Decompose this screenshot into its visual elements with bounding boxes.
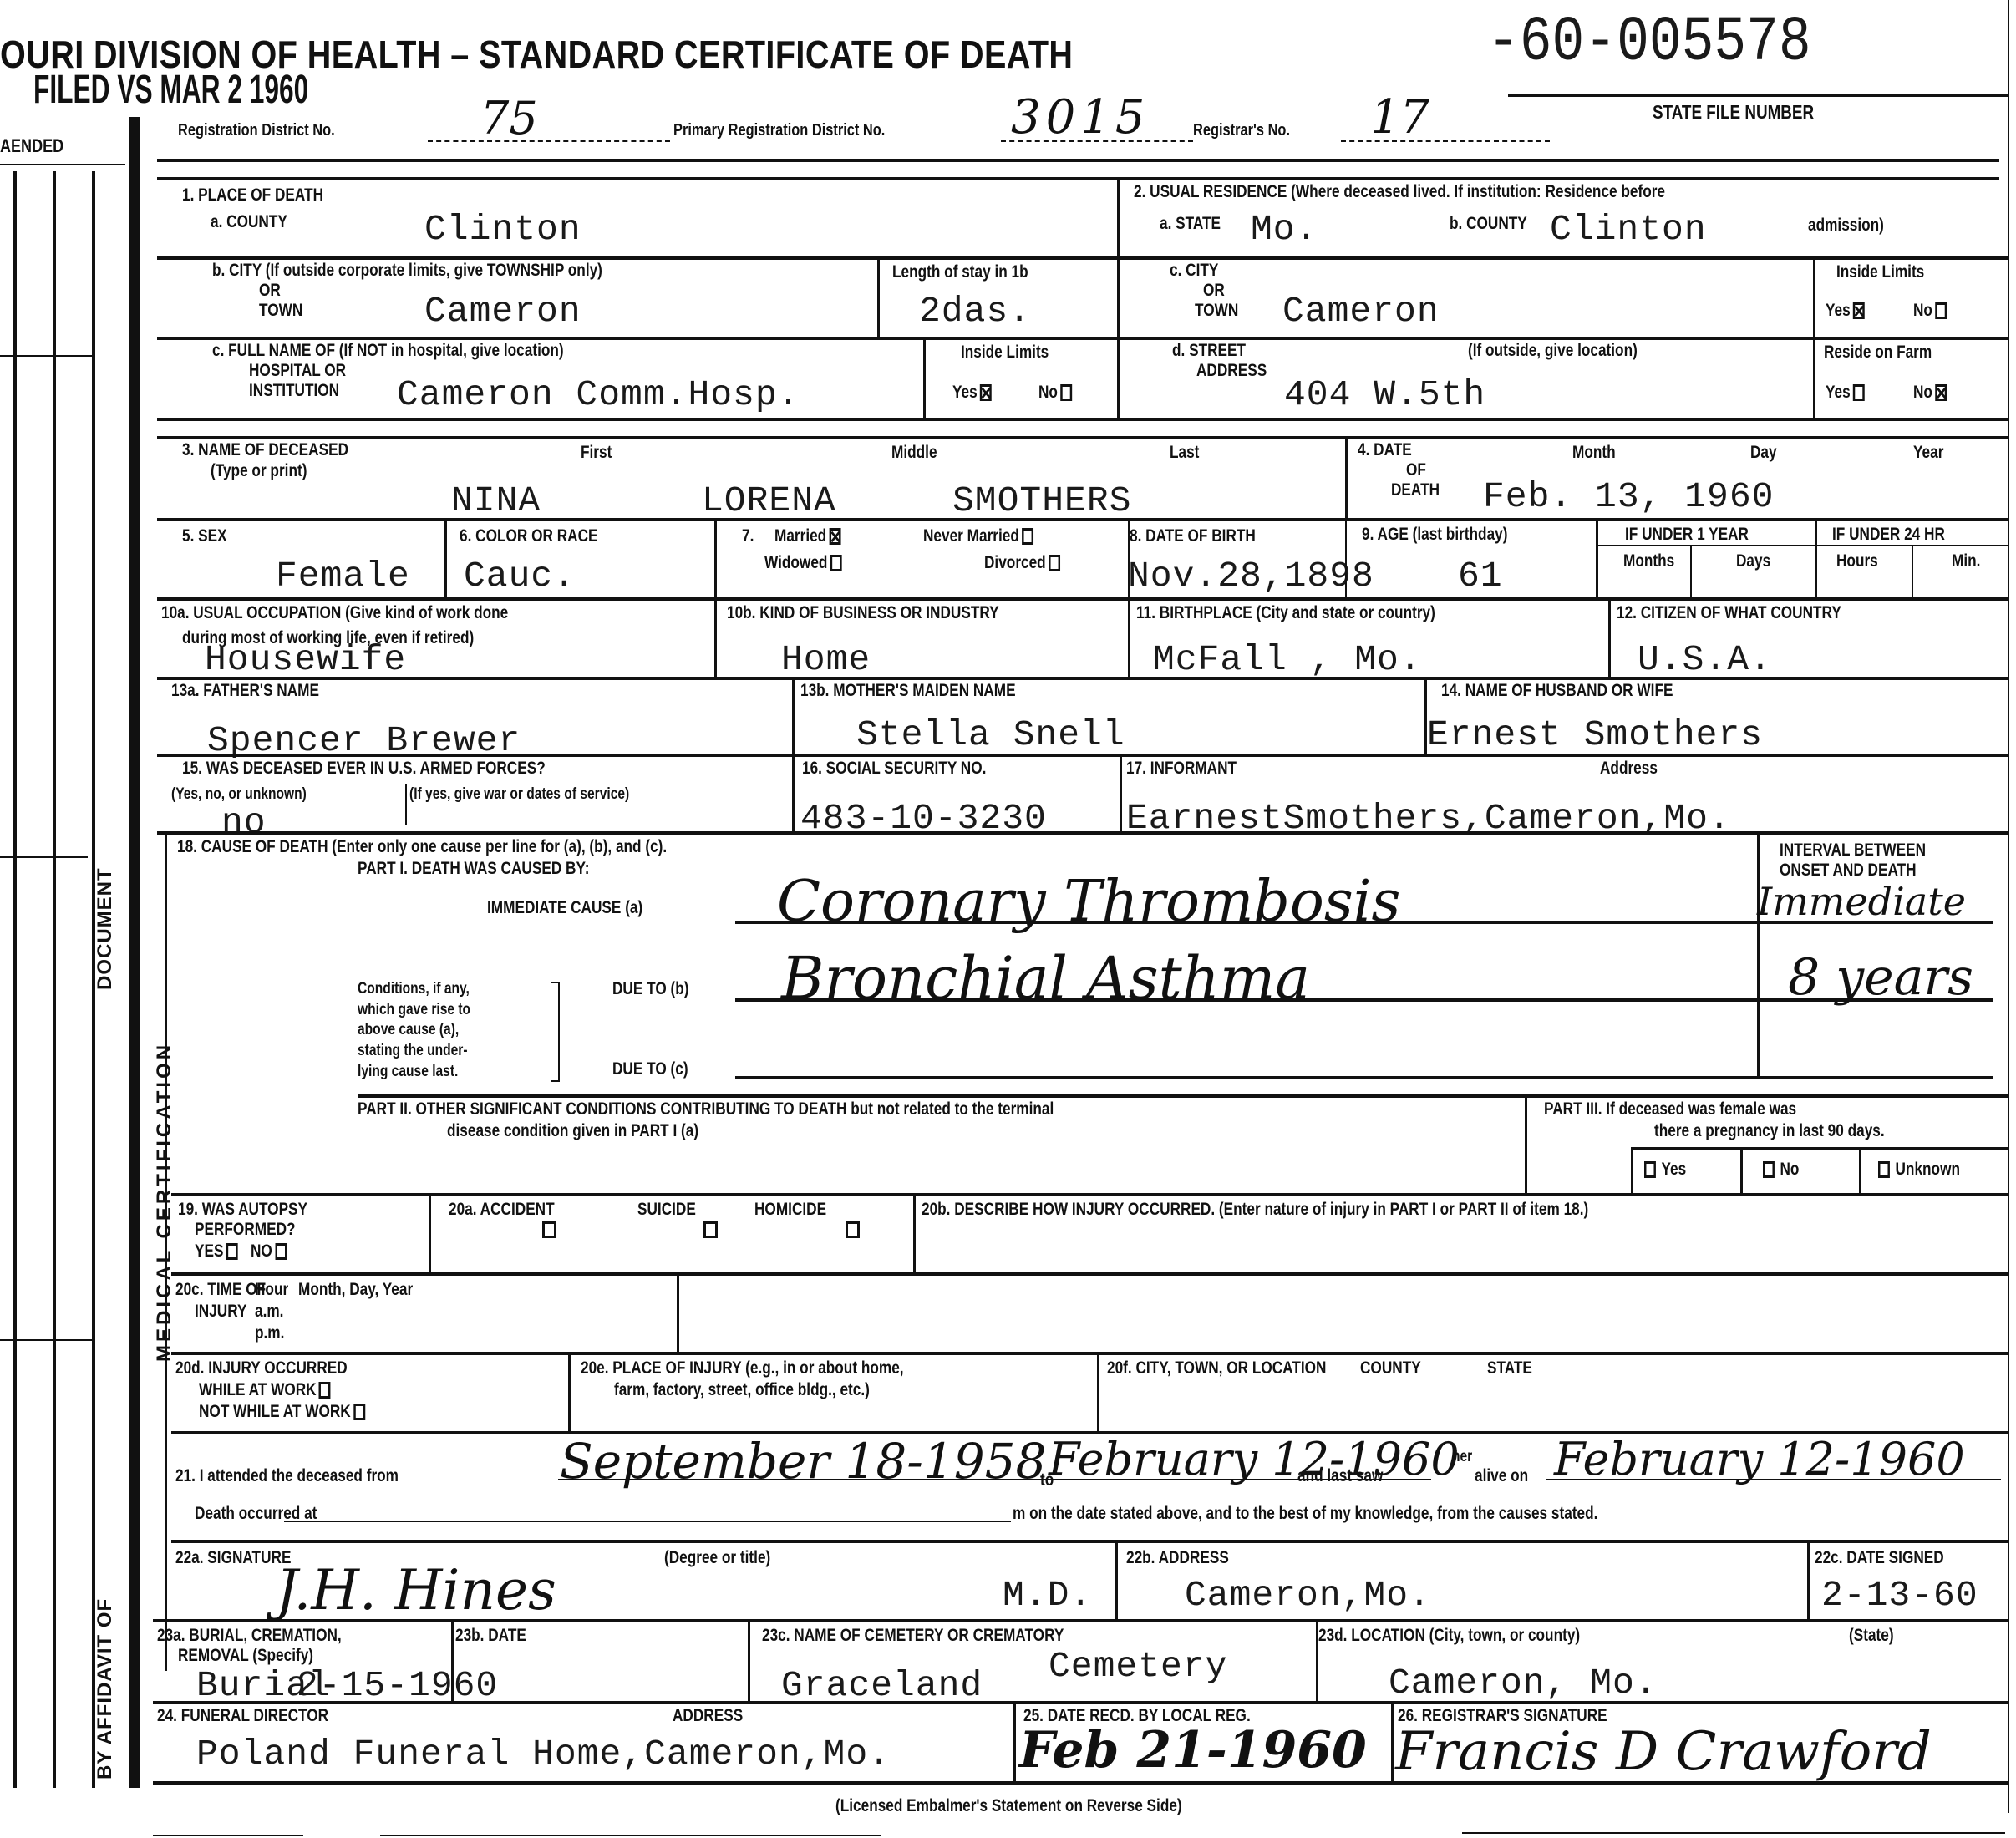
divider [1115,1540,1118,1619]
cemetery-label: 23c. NAME OF CEMETERY OR CREMATORY [762,1626,1064,1646]
hours-label: Hours [1836,551,1878,571]
no-label: No [1780,1160,1800,1179]
farm-no: No [1913,383,1947,403]
institution-label: INSTITUTION [249,381,339,401]
injury-city-label: 20f. CITY, TOWN, OR LOCATION [1107,1358,1326,1378]
pregnancy-yes-checkbox[interactable] [1644,1161,1656,1178]
farm-no-checkbox[interactable] [1935,384,1947,401]
burial-location-label: 23d. LOCATION (City, town, or county) [1318,1626,1580,1646]
row-line [157,831,2008,835]
birthplace-label: 11. BIRTHPLACE (City and state or countr… [1136,603,1435,623]
divider [1128,597,1130,678]
married-label: Married [774,526,826,546]
while-at-work-label: WHILE AT WORK [199,1380,317,1399]
yes-label: Yes [1826,301,1851,320]
part2-label: PART II. OTHER SIGNIFICANT CONDITIONS CO… [358,1099,1054,1120]
divider [1345,518,1347,600]
row-line [153,1781,2008,1785]
primary-registration-value: 3015 [1011,90,1150,145]
name-hint: (Type or print) [211,461,307,481]
divorced-label: Divorced [984,553,1046,572]
length-of-stay-value: 2das. [919,291,1031,332]
injury-occurred-label: 20d. INJURY OCCURRED [175,1358,348,1378]
armed-forces-label: 15. WAS DECEASED EVER IN U.S. ARMED FORC… [182,759,546,779]
dod-death-label: DEATH [1391,480,1440,500]
row-line [171,1540,2008,1543]
marital-widowed: Widowed [764,553,842,573]
farm-label: Reside on Farm [1824,343,1932,363]
interval-label-2: ONSET AND DEATH [1780,861,1917,881]
while-at-work: WHILE AT WORK [199,1380,331,1400]
not-while-at-work-label: NOT WHILE AT WORK [199,1402,351,1421]
row-line [157,754,2008,757]
usual-residence-label: 2. USUAL RESIDENCE (Where deceased lived… [1134,182,1665,202]
res-city-or: OR [1203,281,1225,301]
divider [429,1193,431,1272]
autopsy-label: 19. WAS AUTOPSY [178,1200,307,1220]
funeral-director-value: Poland Funeral Home,Cameron,Mo. [196,1734,891,1775]
frame-top-2 [157,177,1999,180]
burial-method-hint: REMOVAL (Specify) [178,1646,313,1666]
res-inside-no: No [1913,301,1947,321]
divider [1345,436,1348,520]
divider [1690,546,1692,600]
row-line [157,256,1118,260]
pm-label: p.m. [255,1323,284,1343]
signature-label: 22a. SIGNATURE [175,1548,291,1568]
burial-method-label: 23a. BURIAL, CREMATION, [157,1626,342,1646]
alive-on-label: alive on [1475,1466,1528,1486]
place-of-death-label: 1. PLACE OF DEATH [182,185,323,206]
industry-value: Home [781,639,871,680]
cause-of-death-label: 18. CAUSE OF DEATH (Enter only one cause… [177,837,667,857]
note-line: Conditions, if any, [358,979,470,1000]
dod-of-label: OF [1406,460,1426,480]
date-signed-label: 22c. DATE SIGNED [1815,1548,1944,1568]
last-label: Last [1170,443,1199,463]
conditions-note: Conditions, if any, which gave rise to a… [358,979,470,1082]
funeral-director-label: 24. FUNERAL DIRECTOR [157,1706,328,1726]
dod-year-label: Year [1913,443,1943,463]
alive-on-value: February 12-1960 [1554,1433,1965,1485]
note-line: lying cause last. [358,1062,470,1083]
divider [792,677,795,755]
footer-line [153,1835,303,1836]
divider [1391,1701,1394,1783]
pod-inside-no-checkbox[interactable] [1060,384,1072,401]
registration-district-line [428,140,670,142]
describe-injury-label: 20b. DESCRIBE HOW INJURY OCCURRED. (Ente… [922,1200,1588,1220]
suicide-label: SUICIDE [637,1200,696,1220]
autopsy-yes: YES [195,1241,238,1262]
hospital-or-label: HOSPITAL OR [249,361,346,381]
first-name-value: NINA [451,480,541,521]
injury-county-label: COUNTY [1360,1358,1421,1378]
pod-inside-limits-no: No [1038,383,1072,403]
frame-top [157,159,1999,162]
interval-a-value: Immediate [1757,879,1966,924]
occupation-value: Housewife [205,639,406,680]
divorced-checkbox[interactable] [1049,555,1060,571]
mother-value: Stella Snell [856,714,1125,755]
accident-checkbox[interactable] [542,1221,556,1238]
first-label: First [581,443,612,463]
spouse-label: 14. NAME OF HUSBAND OR WIFE [1441,681,1673,701]
note-line: stating the under- [358,1041,470,1062]
citizen-value: U.S.A. [1638,639,1772,680]
address-label: ADDRESS [1196,361,1267,381]
burial-date-label: 23b. DATE [455,1626,526,1646]
divider [1013,1701,1016,1783]
row-line [157,677,2008,680]
last-name-value: SMOTHERS [952,480,1131,521]
medical-rule [165,835,167,1671]
occurred-tail: m on the date stated above, and to the b… [1013,1504,1597,1524]
funeral-address-label: ADDRESS [673,1706,743,1726]
certifier-address-value: Cameron,Mo. [1185,1575,1431,1616]
pod-inside-yes-checkbox[interactable] [980,384,992,401]
part3-label: PART III. If deceased was female was [1544,1099,1796,1120]
res-city-value: Cameron [1282,291,1440,332]
res-county-value: Clinton [1550,209,1707,250]
accident-label: 20a. ACCIDENT [449,1200,555,1220]
dod-label: 4. DATE [1358,440,1412,460]
state-file-number-label: STATE FILE NUMBER [1653,102,1814,124]
degree-value: M.D. [1003,1575,1092,1616]
divider [1807,1540,1810,1619]
divider [1120,754,1122,833]
never-married-label: Never Married [923,526,1019,546]
occurred-line [284,1521,1011,1522]
race-value: Cauc. [464,556,576,597]
marital-divorced: Divorced [984,553,1060,573]
autopsy-performed-label: PERFORMED? [195,1220,296,1240]
never-married-checkbox[interactable] [1022,528,1033,545]
res-county-label: b. COUNTY [1450,214,1527,234]
divider [1097,1352,1099,1431]
divider [1912,546,1913,600]
divider [405,784,407,825]
margin-divider [0,164,125,165]
divider [923,337,926,420]
autopsy-no-checkbox[interactable] [275,1243,287,1260]
margin-rule [13,171,17,1788]
pronoun: her [1452,1448,1472,1465]
cemetery-value-1: Graceland [781,1665,983,1706]
res-state-label: a. STATE [1160,214,1221,234]
note-line: above cause (a), [358,1020,470,1041]
registrar-signature: Francis D Crawford [1395,1721,1932,1783]
date-of-death-value: Feb. 13, 1960 [1483,476,1774,517]
filed-stamp: FILED VS MAR 2 1960 [33,67,308,113]
divider [1740,1147,1743,1195]
pod-inside-limits-yes: Yes [952,383,992,403]
autopsy-no: NO [251,1241,287,1262]
note-bracket [551,982,560,1082]
injury-label: INJURY [195,1302,247,1322]
age-label: 9. AGE (last birthday) [1362,525,1507,545]
mdy-label: Month, Day, Year [298,1280,413,1300]
part3-hint: there a pregnancy in last 90 days. [1654,1121,1885,1141]
no-label: No [1913,301,1932,320]
res-inside-limits-label: Inside Limits [1836,262,1924,282]
burial-state-label: (State) [1849,1626,1894,1646]
days-label: Days [1736,551,1770,571]
registration-district-label: Registration District No. [178,121,335,140]
date-recd-value: Feb 21-1960 [1019,1721,1367,1780]
pregnancy-unknown: Unknown [1878,1160,1960,1180]
marital-never: Never Married [923,526,1033,546]
months-label: Months [1623,551,1674,571]
divider [677,1272,679,1352]
pod-city-value: Cameron [424,291,581,332]
armed-forces-hint: (Yes, no, or unknown) [171,785,307,803]
informant-address-label: Address [1600,759,1658,779]
divider [1859,1147,1861,1195]
industry-label: 10b. KIND OF BUSINESS OR INDUSTRY [727,603,999,623]
widowed-label: Widowed [764,553,827,572]
last-saw-label: and last saw [1297,1466,1383,1486]
due-to-b-value: Bronchial Asthma [781,944,1310,1013]
unknown-label: Unknown [1896,1160,1960,1179]
registration-district-value: 75 [480,92,538,145]
immediate-cause-label: IMMEDIATE CAUSE (a) [487,898,642,918]
injury-state-label: STATE [1487,1358,1532,1378]
yes-label: Yes [952,383,978,402]
divider [792,754,795,833]
citizen-label: 12. CITIZEN OF WHAT COUNTRY [1617,603,1841,623]
age-value: 61 [1458,556,1503,597]
cemetery-value-2: Cemetery [1049,1646,1227,1687]
under-1-year-label: IF UNDER 1 YEAR [1625,525,1749,545]
divider [714,518,717,600]
birthplace-value: McFall , Mo. [1153,639,1422,680]
informant-label: 17. INFORMANT [1126,759,1237,779]
certifier-address-label: 22b. ADDRESS [1126,1548,1229,1568]
place-of-injury-hint: farm, factory, street, office bldg., etc… [614,1380,870,1400]
row-line [153,1701,2008,1704]
sex-label: 5. SEX [182,526,227,546]
physician-signature: J.H. Hines [276,1558,556,1622]
interval-b-value: 8 years [1788,948,1973,1007]
divider [1117,177,1120,419]
divider [913,1193,916,1272]
name-label: 3. NAME OF DECEASED [182,440,348,460]
res-town-label: TOWN [1195,301,1238,321]
registrars-no-value: 17 [1370,90,1429,145]
pregnancy-yes: Yes [1644,1160,1686,1180]
place-of-injury-label: 20e. PLACE OF INJURY (e.g., in or about … [581,1358,904,1378]
divider [568,1352,571,1431]
row-line [171,1193,2008,1196]
attended-to-value: February 12-1960 [1049,1433,1460,1485]
homicide-checkbox[interactable] [846,1221,860,1238]
attended-from-value: September 18-1958 [560,1433,1046,1490]
yes-label: YES [195,1241,223,1261]
amended-label: AENDED [0,136,63,157]
divider [714,597,717,678]
burial-date-value: 2-15-1960 [297,1665,498,1706]
pregnancy-no: No [1763,1160,1799,1180]
under-24-hr-label: IF UNDER 24 HR [1832,525,1945,545]
middle-name-value: LORENA [702,480,836,521]
spouse-value: Ernest Smothers [1427,714,1763,755]
dod-day-label: Day [1750,443,1777,463]
divider [444,518,447,600]
row-line [171,1352,2008,1355]
by-affidavit-label: BY AFFIDAVIT OF [94,1598,117,1780]
yes-label: Yes [1826,383,1851,402]
due-to-c-label: DUE TO (c) [612,1059,688,1079]
suicide-checkbox[interactable] [703,1221,718,1238]
occupation-label: 10a. USUAL OCCUPATION (Give kind of work… [161,603,508,623]
row-line [1596,545,2008,546]
am-label: a.m. [255,1302,283,1322]
divider [1596,518,1598,600]
row-line [358,1094,2008,1098]
street-hint: (If outside, give location) [1468,341,1638,361]
res-inside-yes: Yes [1826,301,1865,321]
row-line [171,1272,2008,1276]
armed-forces-service-hint: (If yes, give war or dates of service) [409,785,629,803]
row-line [1117,337,2008,340]
primary-registration-label: Primary Registration District No. [673,121,885,140]
state-file-number: -60-005578 [1487,7,1811,79]
dob-label: 8. DATE OF BIRTH [1130,526,1256,546]
divider [748,1619,750,1703]
divider [1815,518,1817,600]
race-label: 6. COLOR OR RACE [460,526,598,546]
margin-divider [0,355,94,357]
pod-city-label: b. CITY (If outside corporate limits, gi… [212,261,602,281]
street-label: d. STREET [1172,341,1246,361]
no-label: NO [251,1241,272,1261]
date-signed-value: 2-13-60 [1821,1575,1978,1616]
street-value: 404 W.5th [1284,374,1485,415]
part1-label: PART I. DEATH WAS CAUSED BY: [358,859,589,879]
margin-divider [0,856,88,858]
row-line [153,1619,2008,1622]
pod-county-value: Clinton [424,209,581,250]
margin-divider [0,1339,94,1341]
marital-married: Married [774,526,840,546]
pod-inside-limits-label: Inside Limits [961,343,1049,363]
autopsy-yes-checkbox[interactable] [226,1243,238,1260]
footer-line [1462,1832,2005,1834]
cause-line-c [735,1076,1993,1079]
row-line [157,597,2008,601]
middle-label: Middle [891,443,937,463]
row-line [1117,256,2008,260]
hospital-value: Cameron Comm.Hosp. [397,374,800,415]
res-inside-no-checkbox[interactable] [1935,302,1947,319]
margin-heavy-rule [129,117,140,1788]
row-line [157,518,2008,521]
dod-month-label: Month [1572,443,1616,463]
date-of-birth-value: Nov.28,1898 [1128,556,1374,597]
yes-label: Yes [1662,1160,1687,1179]
time-of-injury-label: 20c. TIME OF [175,1280,266,1300]
margin-rule [53,171,56,1788]
divider [1757,831,1760,1079]
registrars-no-label: Registrar's No. [1193,121,1290,140]
row-line [157,418,2008,421]
file-number-line [1508,94,2009,97]
footer-line [380,1835,881,1836]
divider [877,256,880,338]
alive-line [1546,1479,2001,1480]
pod-city-or-label: OR [259,281,281,301]
document-label: DOCUMENT [94,867,117,990]
part2-hint: disease condition given in PART I (a) [447,1121,698,1141]
divider [1631,1147,1633,1195]
interval-label: INTERVAL BETWEEN [1780,840,1926,861]
immediate-cause-value: Coronary Thrombosis [777,869,1400,935]
pregnancy-unknown-checkbox[interactable] [1878,1161,1890,1178]
no-label: No [1913,383,1932,402]
due-to-b-label: DUE TO (b) [612,979,689,999]
note-line: which gave rise to [358,1000,470,1021]
attended-label: 21. I attended the deceased from [175,1466,399,1486]
not-while-at-work: NOT WHILE AT WORK [199,1402,365,1422]
father-label: 13a. FATHER'S NAME [171,681,319,701]
length-of-stay-label: Length of stay in 1b [892,262,1028,282]
pod-county-label: a. COUNTY [211,212,287,232]
married-checkbox[interactable] [829,528,840,545]
homicide-label: HOMICIDE [754,1200,826,1220]
divider [1608,597,1611,678]
res-inside-yes-checkbox[interactable] [1853,302,1865,319]
res-city-label: c. CITY [1170,261,1218,281]
marital-label: 7. [742,526,754,546]
hour-label: Hour [255,1280,288,1300]
farm-yes-checkbox[interactable] [1853,384,1865,401]
pod-town-label: TOWN [259,301,302,321]
burial-location-value: Cameron, Mo. [1389,1663,1658,1703]
sex-value: Female [276,556,410,597]
degree-label: (Degree or title) [664,1548,770,1568]
hospital-label: c. FULL NAME OF (If NOT in hospital, giv… [212,341,564,361]
not-while-at-work-checkbox[interactable] [353,1404,365,1420]
embalmer-note: (Licensed Embalmer's Statement on Revers… [835,1796,1182,1816]
while-at-work-checkbox[interactable] [319,1382,331,1399]
row-line [157,337,1118,340]
frame-right [2008,0,2009,1813]
row-line [157,436,2008,439]
min-label: Min. [1952,551,1980,571]
mother-label: 13b. MOTHER'S MAIDEN NAME [800,681,1016,701]
widowed-checkbox[interactable] [830,555,842,571]
ssn-label: 16. SOCIAL SECURITY NO. [802,759,986,779]
pregnancy-no-checkbox[interactable] [1763,1161,1775,1178]
row-line [1631,1147,2008,1150]
admission-label: admission) [1808,216,1884,236]
divider [1525,1094,1527,1195]
no-label: No [1038,383,1058,402]
res-state-value: Mo. [1251,209,1318,250]
farm-yes: Yes [1826,383,1865,403]
